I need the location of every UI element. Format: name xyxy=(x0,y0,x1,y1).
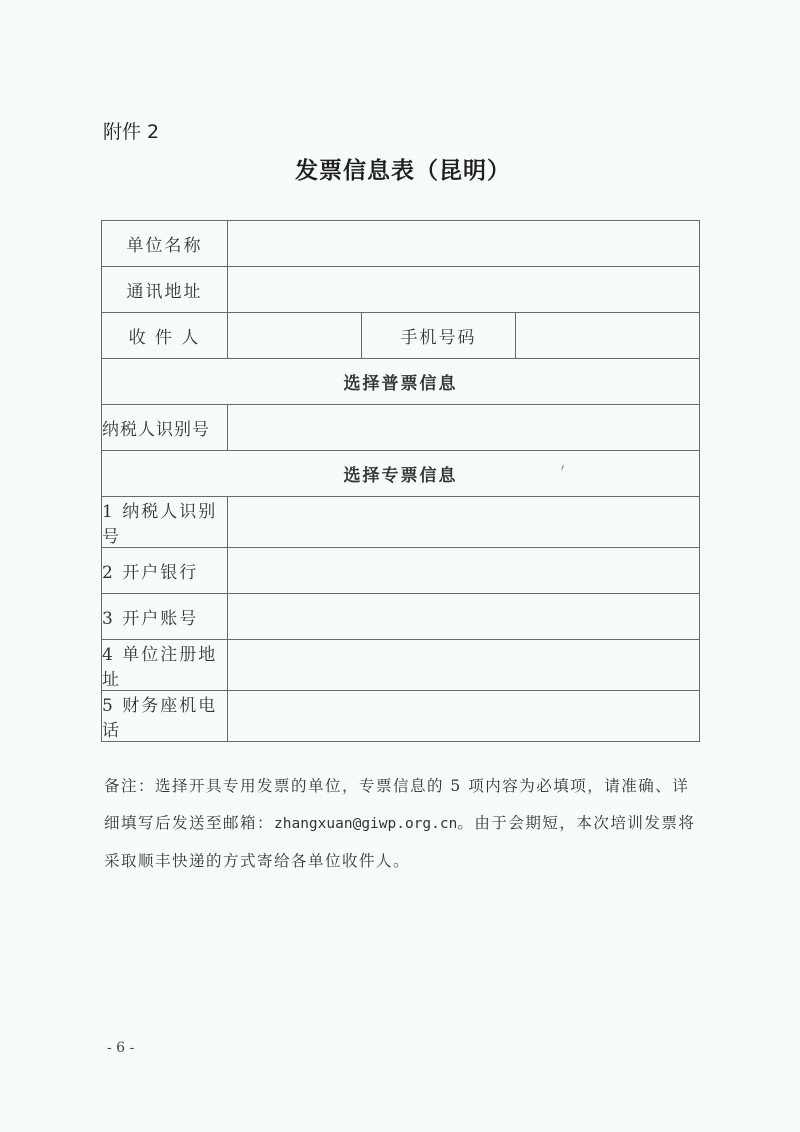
general-invoice-heading: 选择普票信息 xyxy=(102,359,700,405)
recipient-field[interactable] xyxy=(228,313,362,359)
table-row-unit-name: 单位名称 xyxy=(102,221,700,267)
table-row: 4 单位注册地址 xyxy=(102,640,700,691)
unit-name-label: 单位名称 xyxy=(102,221,228,267)
mailing-address-field[interactable] xyxy=(228,267,700,313)
mobile-label: 手机号码 xyxy=(362,313,516,359)
table-row: 3 开户账号 xyxy=(102,594,700,640)
table-row-taxpayer-id: 纳税人识别号 xyxy=(102,405,700,451)
registered-address-field[interactable] xyxy=(228,640,700,691)
special-invoice-heading: 选择专票信息 xyxy=(102,451,700,497)
table-row: 1 纳税人识别号 xyxy=(102,497,700,548)
mailing-address-label: 通讯地址 xyxy=(102,267,228,313)
bank-name-label: 2 开户银行 xyxy=(102,548,228,594)
special-taxpayer-id-label: 1 纳税人识别号 xyxy=(102,497,228,548)
table-row: 5 财务座机电话 xyxy=(102,691,700,742)
unit-name-field[interactable] xyxy=(228,221,700,267)
section-general-invoice: 选择普票信息 xyxy=(102,359,700,405)
registered-address-label: 4 单位注册地址 xyxy=(102,640,228,691)
page-number: - 6 - xyxy=(107,1040,134,1056)
taxpayer-id-label: 纳税人识别号 xyxy=(102,405,228,451)
recipient-label: 收 件 人 xyxy=(102,313,228,359)
invoice-info-form: 单位名称 通讯地址 收 件 人 手机号码 选择普票信息 纳税人识别号 选择专票信… xyxy=(101,220,700,742)
special-taxpayer-id-field[interactable] xyxy=(228,497,700,548)
mobile-field[interactable] xyxy=(516,313,700,359)
bank-account-field[interactable] xyxy=(228,594,700,640)
page-title: 发票信息表（昆明） xyxy=(0,152,800,185)
table-row-recipient: 收 件 人 手机号码 xyxy=(102,313,700,359)
bank-account-label: 3 开户账号 xyxy=(102,594,228,640)
taxpayer-id-field[interactable] xyxy=(228,405,700,451)
table-row: 2 开户银行 xyxy=(102,548,700,594)
remark-paragraph: 备注：选择开具专用发票的单位，专票信息的 5 项内容为必填项，请准确、详细填写后… xyxy=(104,768,704,880)
finance-phone-field[interactable] xyxy=(228,691,700,742)
bank-name-field[interactable] xyxy=(228,548,700,594)
finance-phone-label: 5 财务座机电话 xyxy=(102,691,228,742)
attachment-label: 附件 2 xyxy=(103,117,159,144)
section-special-invoice: 选择专票信息 xyxy=(102,451,700,497)
email-address: zhangxuan@giwp.org.cn xyxy=(274,816,457,832)
table-row-mailing-address: 通讯地址 xyxy=(102,267,700,313)
